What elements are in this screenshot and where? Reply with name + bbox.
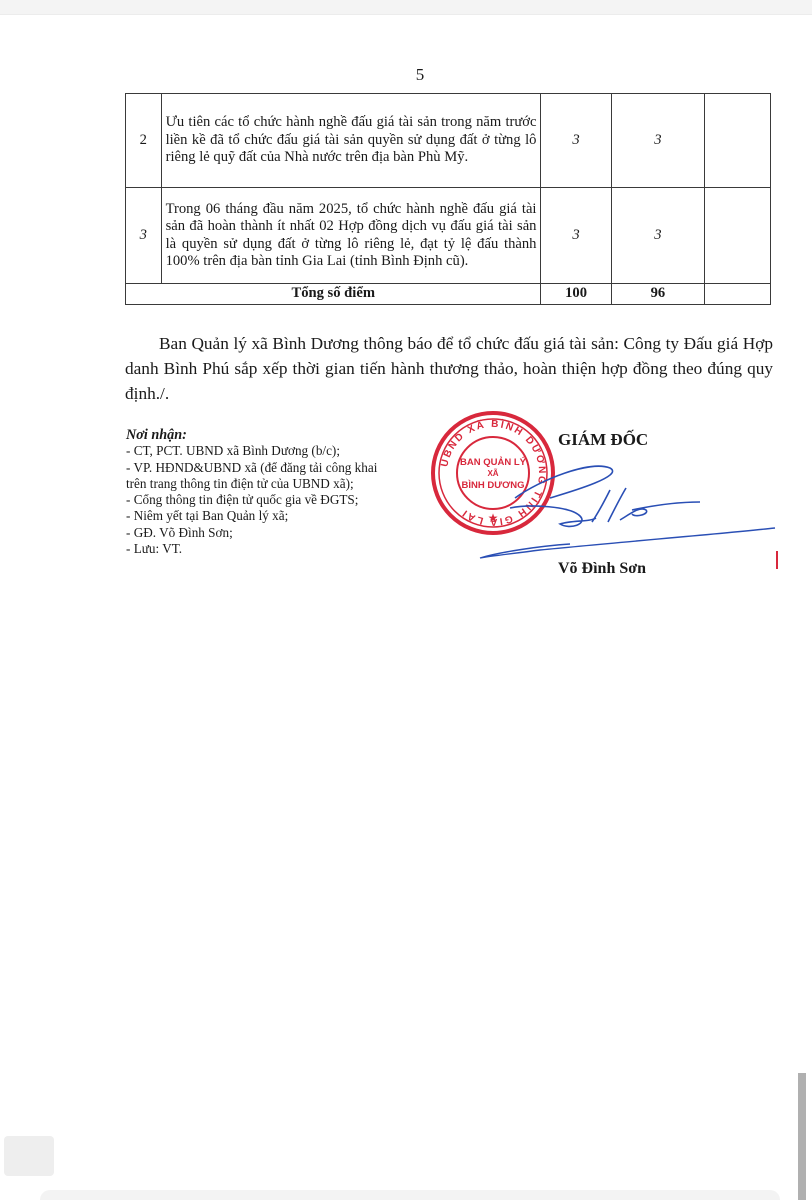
recipients-block: Nơi nhận: - CT, PCT. UBND xã Bình Dương … xyxy=(126,427,456,557)
table-row: 2 Ưu tiên các tổ chức hành nghề đấu giá … xyxy=(126,94,771,188)
row-score: 3 xyxy=(611,188,705,284)
recipient-item: - VP. HĐND&UBND xã (để đăng tải công kha… xyxy=(126,460,456,476)
table-row: 3 Trong 06 tháng đầu năm 2025, tổ chức h… xyxy=(126,188,771,284)
table-total-row: Tổng số điểm 100 96 xyxy=(126,284,771,305)
recipients-title: Nơi nhận: xyxy=(126,427,456,443)
row-score: 3 xyxy=(611,94,705,188)
recipient-item: trên trang thông tin điện tử của UBND xã… xyxy=(126,476,456,492)
signature-block: UBND XÃ BÌNH DƯƠNG TỈNH GIA LAI BAN QUẢN… xyxy=(420,410,790,600)
row-stt: 2 xyxy=(126,94,162,188)
recipient-item: - Lưu: VT. xyxy=(126,541,456,557)
total-note xyxy=(705,284,771,305)
recipient-item: - Niêm yết tại Ban Quản lý xã; xyxy=(126,508,456,524)
total-score: 96 xyxy=(611,284,705,305)
document-page: 5 2 Ưu tiên các tổ chức hành nghề đấu gi… xyxy=(0,15,800,1185)
row-max-score: 3 xyxy=(541,188,611,284)
floating-action-button[interactable] xyxy=(4,1136,54,1176)
total-label: Tổng số điểm xyxy=(126,284,541,305)
viewer-top-bar xyxy=(0,0,812,15)
row-content: Trong 06 tháng đầu năm 2025, tổ chức hàn… xyxy=(161,188,541,284)
row-content: Ưu tiên các tổ chức hành nghề đấu giá tà… xyxy=(161,94,541,188)
row-note xyxy=(705,188,771,284)
red-mark-annotation xyxy=(776,551,778,569)
recipient-item: - Cổng thông tin điện tử quốc gia về ĐGT… xyxy=(126,492,456,508)
vertical-scrollbar-thumb[interactable] xyxy=(798,1073,806,1200)
notice-paragraph: Ban Quản lý xã Bình Dương thông báo để t… xyxy=(125,331,773,406)
page-number: 5 xyxy=(0,65,812,85)
row-max-score: 3 xyxy=(541,94,611,188)
scoring-table: 2 Ưu tiên các tổ chức hành nghề đấu giá … xyxy=(125,93,771,305)
signer-name: Võ Đình Sơn xyxy=(558,560,646,578)
bottom-toolbar xyxy=(40,1190,780,1200)
row-stt: 3 xyxy=(126,188,162,284)
row-note xyxy=(705,94,771,188)
recipient-item: - GĐ. Võ Đình Sơn; xyxy=(126,525,456,541)
recipient-item: - CT, PCT. UBND xã Bình Dương (b/c); xyxy=(126,443,456,459)
document-viewer: 5 2 Ưu tiên các tổ chức hành nghề đấu gi… xyxy=(0,0,812,1200)
total-max-score: 100 xyxy=(541,284,611,305)
